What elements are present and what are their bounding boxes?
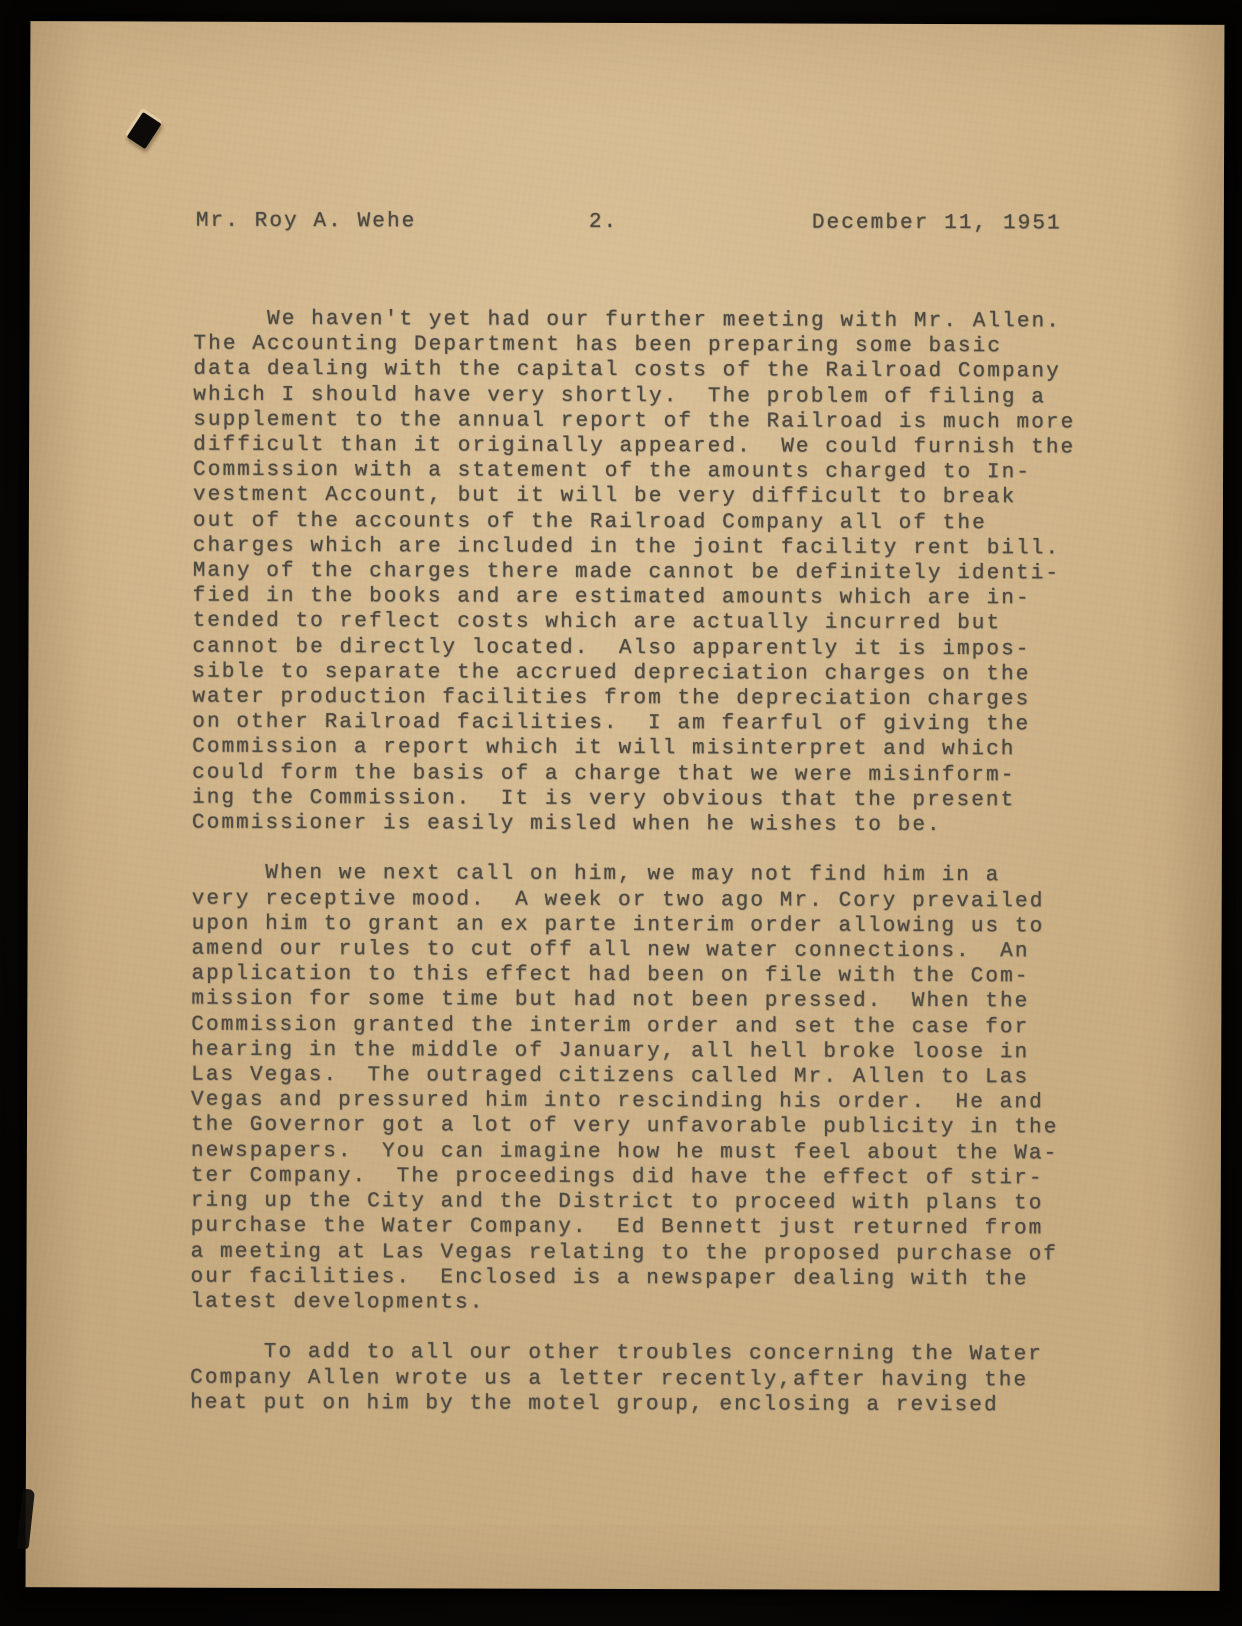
page-number: 2. <box>589 210 618 235</box>
letter-line: which I should have very shortly. The pr… <box>193 382 1113 410</box>
letter-line: Las Vegas. The outraged citizens called … <box>191 1063 1111 1091</box>
letter-paragraph: To add to all our other troubles concern… <box>190 1340 1110 1418</box>
letter-line: heat put on him by the motel group, encl… <box>190 1390 1110 1418</box>
letter-line: Commissioner is easily misled when he wi… <box>192 811 1112 839</box>
letter-line: mission for some time but had not been p… <box>191 987 1111 1015</box>
letter-line: ter Company. The proceedings did have th… <box>191 1164 1111 1192</box>
letter-line: ing the Commission. It is very obvious t… <box>192 785 1112 813</box>
letter-line: charges which are included in the joint … <box>193 533 1113 561</box>
letter-line: cannot be directly located. Also apparen… <box>192 634 1112 662</box>
letter-line: tended to reflect costs which are actual… <box>193 609 1113 637</box>
letter-line: We haven't yet had our further meeting w… <box>193 307 1113 335</box>
letter-line: upon him to grant an ex parte interim or… <box>192 911 1112 939</box>
paper-edge-notch <box>17 1489 35 1550</box>
letter-line: Commission granted the interim order and… <box>191 1012 1111 1040</box>
letter-line: application to this effect had been on f… <box>191 962 1111 990</box>
letter-line: hearing in the middle of January, all he… <box>191 1038 1111 1066</box>
letter-line: could form the basis of a charge that we… <box>192 760 1112 788</box>
letter-line: supplement to the annual report of the R… <box>193 407 1113 435</box>
letter-line: Company Allen wrote us a letter recently… <box>190 1365 1110 1393</box>
letter-line: ring up the City and the District to pro… <box>191 1189 1111 1217</box>
letter-line: Many of the charges there made cannot be… <box>193 559 1113 587</box>
photo-background: { "page": { "background_color": "#0c0a08… <box>0 0 1242 1626</box>
punch-hole <box>127 112 162 149</box>
letter-line: very receptive mood. A week or two ago M… <box>192 886 1112 914</box>
addressee: Mr. Roy A. Wehe <box>196 209 417 235</box>
letter-line: When we next call on him, we may not fin… <box>192 861 1112 889</box>
letter-line: out of the accounts of the Railroad Comp… <box>193 508 1113 536</box>
letter-line: To add to all our other troubles concern… <box>190 1340 1110 1368</box>
letter-header: Mr. Roy A. Wehe 2. December 11, 1951 <box>30 208 1224 238</box>
letter-paragraph: When we next call on him, we may not fin… <box>190 861 1111 1318</box>
letter-line: newspapers. You can imagine how he must … <box>191 1138 1111 1166</box>
letter-line: a meeting at Las Vegas relating to the p… <box>191 1239 1111 1267</box>
letter-line: Commission a report which it will misint… <box>192 735 1112 763</box>
letter-line: sible to separate the accrued depreciati… <box>192 659 1112 687</box>
letter-line: latest developments. <box>190 1290 1110 1318</box>
letter-line: vestment Account, but it will be very di… <box>193 483 1113 511</box>
letter-line: amend our rules to cut off all new water… <box>192 937 1112 965</box>
letter-line: on other Railroad facilities. I am fearf… <box>192 710 1112 738</box>
letter-line: The Accounting Department has been prepa… <box>193 332 1113 360</box>
letter-line: fied in the books and are estimated amou… <box>193 584 1113 612</box>
letter-line: water production facilities from the dep… <box>192 685 1112 713</box>
letter-page: Mr. Roy A. Wehe 2. December 11, 1951 We … <box>26 21 1225 1591</box>
letter-line: the Governor got a lot of very unfavorab… <box>191 1113 1111 1141</box>
letter-body: We haven't yet had our further meeting w… <box>190 307 1113 1419</box>
letter-line: purchase the Water Company. Ed Bennett j… <box>191 1214 1111 1242</box>
letter-line: Vegas and pressured him into rescinding … <box>191 1088 1111 1116</box>
letter-line: Commission with a statement of the amoun… <box>193 458 1113 486</box>
letter-line: our facilities. Enclosed is a newspaper … <box>190 1264 1110 1292</box>
letter-paragraph: We haven't yet had our further meeting w… <box>192 307 1114 839</box>
letter-line: data dealing with the capital costs of t… <box>193 357 1113 385</box>
letter-line: difficult than it originally appeared. W… <box>193 433 1113 461</box>
letter-date: December 11, 1951 <box>812 211 1062 237</box>
